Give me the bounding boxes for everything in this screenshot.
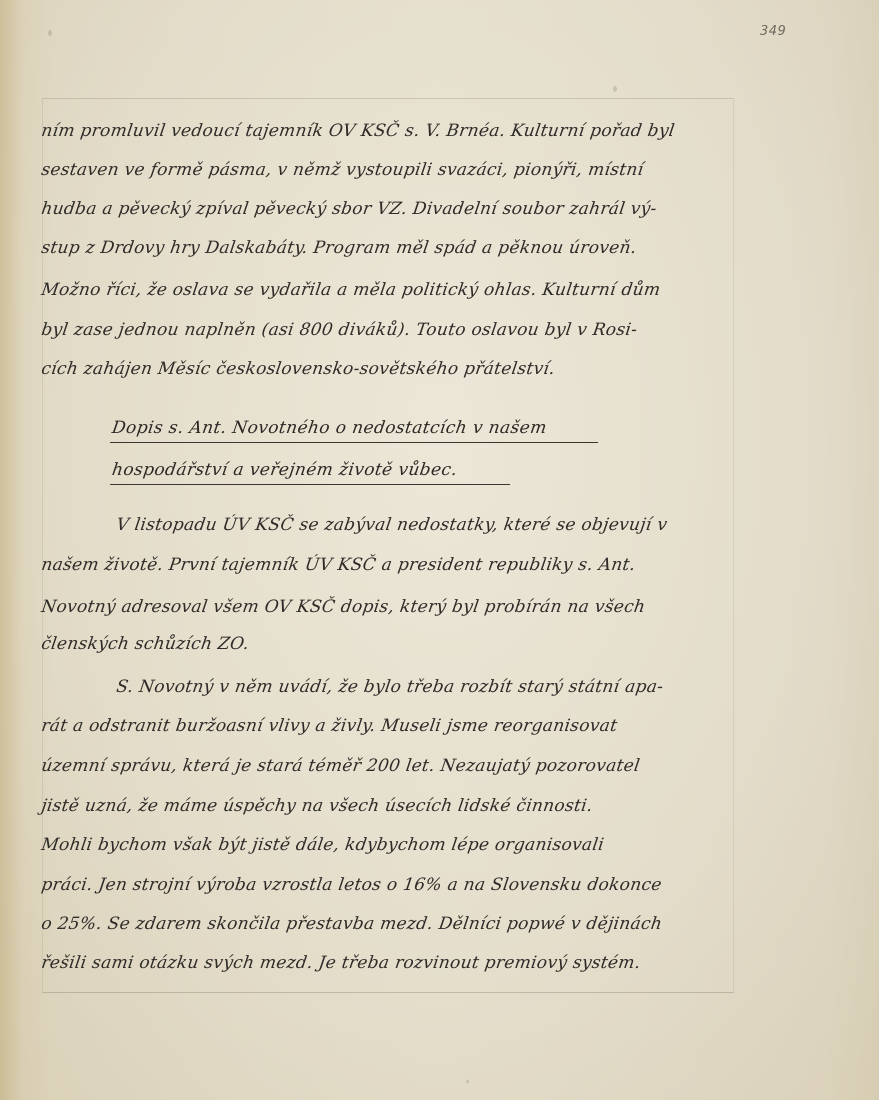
text-line: Možno říci, že oslava se vydařila a měla… [40, 280, 743, 300]
text-line: o 25%. Se zdarem skončila přestavba mezd… [40, 914, 743, 934]
text-line: Mohli bychom však být jistě dále, kdybyc… [40, 835, 743, 855]
text-line: V listopadu ÚV KSČ se zabýval nedostatky… [115, 515, 743, 535]
text-line: hudba a pěvecký zpíval pěvecký sbor VZ. … [40, 199, 743, 219]
text-line: S. Novotný v něm uvádí, že bylo třeba ro… [115, 677, 743, 697]
text-line: sestaven ve formě pásma, v němž vystoupi… [40, 160, 743, 180]
text-line: stup z Drdovy hry Dalskabáty. Program mě… [40, 238, 743, 258]
paper-spot [613, 86, 617, 92]
paper-spot [466, 1080, 469, 1083]
binding-edge-shadow [0, 0, 22, 1100]
text-line: cích zahájen Měsíc československo-sověts… [40, 359, 743, 379]
text-line: řešili sami otázku svých mezd. Je třeba … [40, 953, 743, 973]
paper-spot [48, 30, 52, 36]
heading-line-2: hospodářství a veřejném životě vůbec. [110, 460, 514, 485]
heading-line-1: Dopis s. Ant. Novotného o nedostatcích v… [110, 418, 602, 443]
text-line: našem životě. První tajemník ÚV KSČ a pr… [40, 555, 743, 575]
text-line: byl zase jednou naplněn (asi 800 diváků)… [40, 320, 743, 340]
text-line: ním promluvil vedoucí tajemník OV KSČ s.… [40, 121, 743, 141]
text-line: členských schůzích ZO. [40, 634, 743, 654]
page-number: 349 [760, 24, 786, 39]
text-line: jistě uzná, že máme úspěchy na všech úse… [40, 796, 743, 816]
text-line: Novotný adresoval všem OV KSČ dopis, kte… [40, 597, 743, 617]
text-line: územní správu, která je stará téměř 200 … [40, 756, 743, 776]
text-line: rát a odstranit buržoasní vlivy a živly.… [40, 716, 743, 736]
text-line: práci. Jen strojní výroba vzrostla letos… [40, 875, 743, 895]
ruled-frame [42, 98, 734, 993]
